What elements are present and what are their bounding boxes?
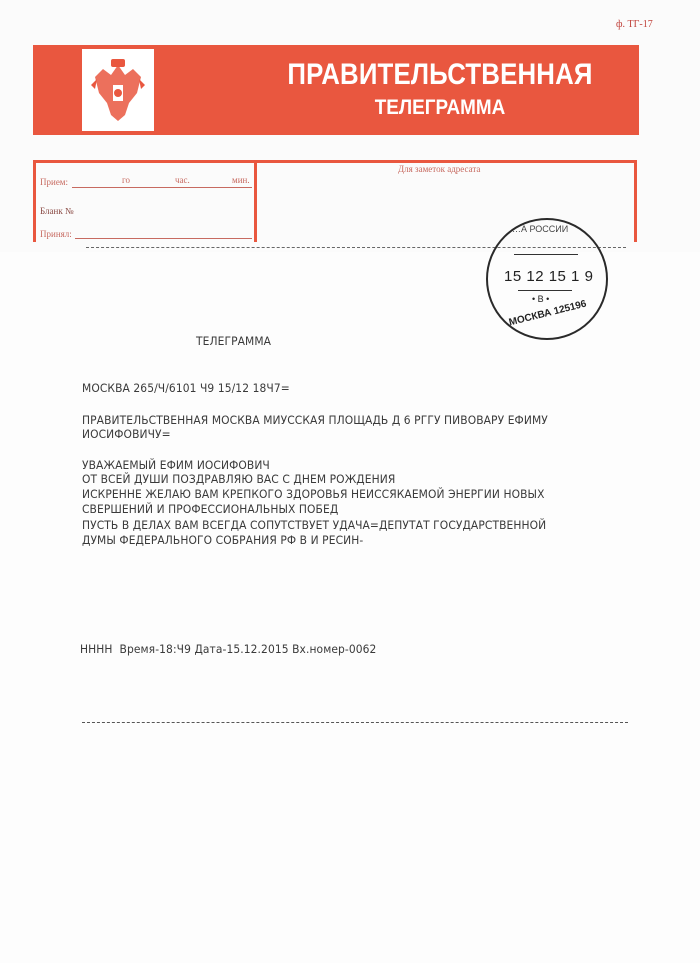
body-line: ОТ ВСЕЙ ДУШИ ПОЗДРАВЛЯЮ ВАС С ДНЕМ РОЖДЕ… (82, 472, 395, 486)
banner-subtitle: ТЕЛЕГРАММА (274, 96, 607, 120)
emblem-box (82, 49, 154, 131)
telegram-header: ТЕЛЕГРАММА (196, 334, 271, 348)
received-underline (72, 187, 252, 188)
perforation-bottom (82, 722, 628, 723)
stamp-top-text: …А РОССИИ (512, 224, 568, 234)
notes-label: Для заметок адресата (398, 164, 480, 174)
body-line: ПУСТЬ В ДЕЛАХ ВАМ ВСЕГДА СОПУТСТВУЕТ УДА… (82, 518, 546, 532)
body-line: ИСКРЕННЕ ЖЕЛАЮ ВАМ КРЕПКОГО ЗДОРОВЬЯ НЕИ… (82, 487, 545, 501)
body-line: ДУМЫ ФЕДЕРАЛЬНОГО СОБРАНИЯ РФ В И РЕСИН- (82, 533, 363, 547)
accepted-underline (75, 238, 252, 239)
stamp-date: 15 12 15 1 9 (504, 268, 593, 285)
form-code: ф. ТГ-17 (616, 19, 653, 30)
body-line: СВЕРШЕНИЙ И ПРОФЕССИОНАЛЬНЫХ ПОБЕД (82, 502, 338, 516)
postmark-stamp: …А РОССИИ 15 12 15 1 9 • В • МОСКВА 1251… (486, 218, 608, 340)
origin-line: МОСКВА 265/Ч/6101 Ч9 15/12 18Ч7= (82, 381, 290, 395)
received-label: Прием: (40, 177, 68, 187)
russian-coat-of-arms-icon (89, 55, 147, 125)
received-unit-go: го (122, 175, 130, 185)
footer-line: НННН Время-18:Ч9 Дата-15.12.2015 Вх.номе… (80, 642, 376, 656)
notes-divider (254, 160, 257, 248)
stamp-rule-top (514, 254, 578, 255)
telegram-sheet (0, 252, 700, 963)
banner-title: ПРАВИТЕЛЬСТВЕННАЯ (281, 58, 599, 92)
stamp-rule-bottom (518, 290, 572, 291)
blank-number-label: Бланк № (40, 206, 74, 216)
received-unit-min: мин. (232, 175, 250, 185)
received-unit-hour: час. (175, 175, 190, 185)
body-line: УВАЖАЕМЫЙ ЕФИМ ИОСИФОВИЧ (82, 458, 270, 472)
stamp-series: • В • (532, 294, 549, 304)
address-line: ПРАВИТЕЛЬСТВЕННАЯ МОСКВА МИУССКАЯ ПЛОЩАД… (82, 413, 548, 427)
accepted-label: Принял: (40, 229, 72, 239)
address-line: ИОСИФОВИЧУ= (82, 427, 171, 441)
